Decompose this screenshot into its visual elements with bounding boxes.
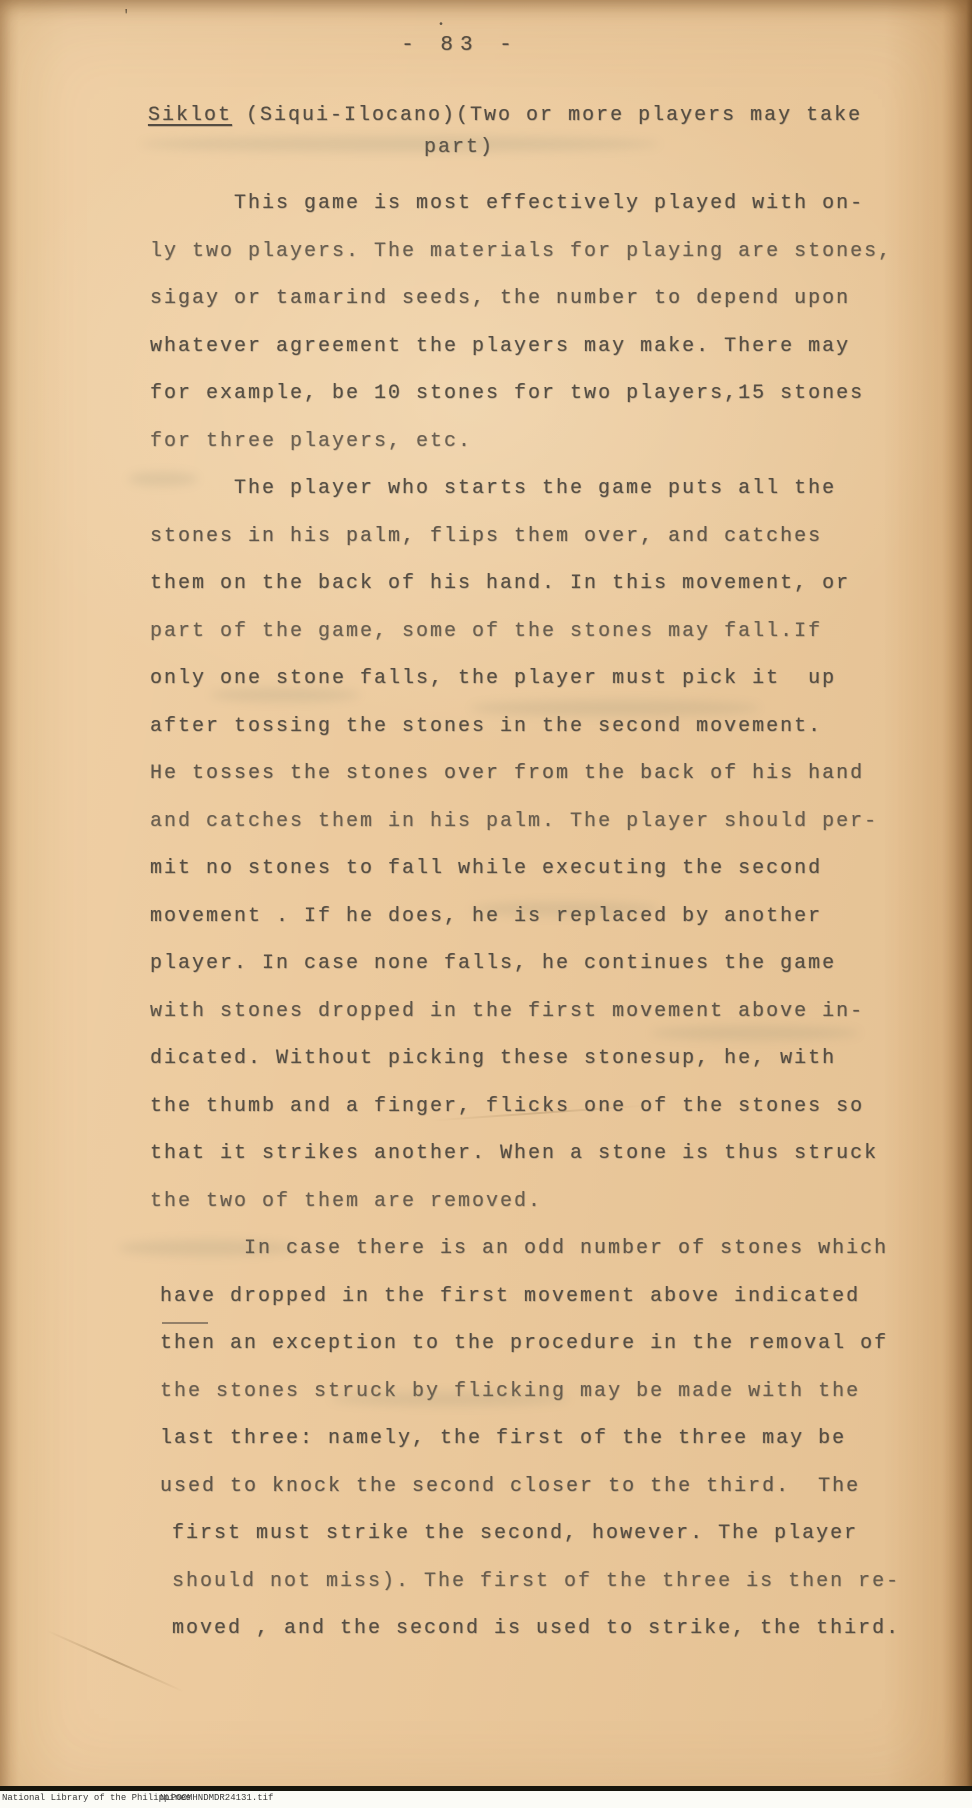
typed-lines: This game is most effectively played wit… <box>150 192 940 1665</box>
text-line: stones in his palm, flips them over, and… <box>150 525 940 573</box>
text-line: whatever agreement the players may make.… <box>150 335 940 383</box>
scanner-footer-bar: National Library of the Philippines NLPO… <box>0 1786 972 1808</box>
text-line: first must strike the second, however. T… <box>172 1522 962 1570</box>
text-line: the two of them are removed. <box>150 1190 940 1238</box>
text-line: player. In case none falls, he continues… <box>150 952 940 1000</box>
text-line: that it strikes another. When a stone is… <box>150 1142 940 1190</box>
text-line: last three: namely, the first of the thr… <box>160 1427 950 1475</box>
text-line: for three players, etc. <box>150 430 940 478</box>
text-line: have dropped in the first movement above… <box>160 1285 950 1333</box>
bleed-smudge <box>140 136 660 152</box>
text-line: dicated. Without picking these stonesup,… <box>150 1047 940 1095</box>
text-line: the thumb and a finger, flicks one of th… <box>150 1095 940 1143</box>
paper-speck: • <box>438 20 444 31</box>
text-line: ly two players. The materials for playin… <box>150 240 940 288</box>
text-line: He tosses the stones over from the back … <box>150 762 940 810</box>
title-rest: (Siqui-Ilocano)(Two or more players may … <box>232 104 862 127</box>
text-line: In case there is an odd number of stones… <box>160 1237 950 1285</box>
text-line: should not miss). The first of the three… <box>172 1570 962 1618</box>
text-line: with stones dropped in the first movemen… <box>150 1000 940 1048</box>
page-number: - 83 - <box>0 34 946 57</box>
text-line: part of the game, some of the stones may… <box>150 620 940 668</box>
text-line: sigay or tamarind seeds, the number to d… <box>150 287 940 335</box>
title-line2: part) <box>424 136 494 159</box>
text-line: them on the back of his hand. In this mo… <box>150 572 940 620</box>
text-line: used to knock the second closer to the t… <box>160 1475 950 1523</box>
paper-speck: ' <box>122 8 130 24</box>
text-line: then an exception to the procedure in th… <box>160 1332 950 1380</box>
text-line: for example, be 10 stones for two player… <box>150 382 940 430</box>
text-line: the stones struck by flicking may be mad… <box>160 1380 950 1428</box>
text-line: The player who starts the game puts all … <box>150 477 940 525</box>
text-line: mit no stones to fall while executing th… <box>150 857 940 905</box>
text-line: moved , and the second is used to strike… <box>172 1617 962 1665</box>
text-line: after tossing the stones in the second m… <box>150 715 940 763</box>
document-title: Siklot (Siqui-Ilocano)(Two or more playe… <box>148 104 862 127</box>
text-line: movement . If he does, he is replaced by… <box>150 905 940 953</box>
footer-filename-label: NLPOOMHNDMDR24131.tif <box>160 1793 273 1803</box>
scanned-typewritten-page: ' • - 83 - Siklot (Siqui-Ilocano)(Two or… <box>0 0 972 1808</box>
text-line: and catches them in his palm. The player… <box>150 810 940 858</box>
text-line: This game is most effectively played wit… <box>150 192 940 240</box>
text-line: only one stone falls, the player must pi… <box>150 667 940 715</box>
title-underlined-word: Siklot <box>148 104 232 127</box>
